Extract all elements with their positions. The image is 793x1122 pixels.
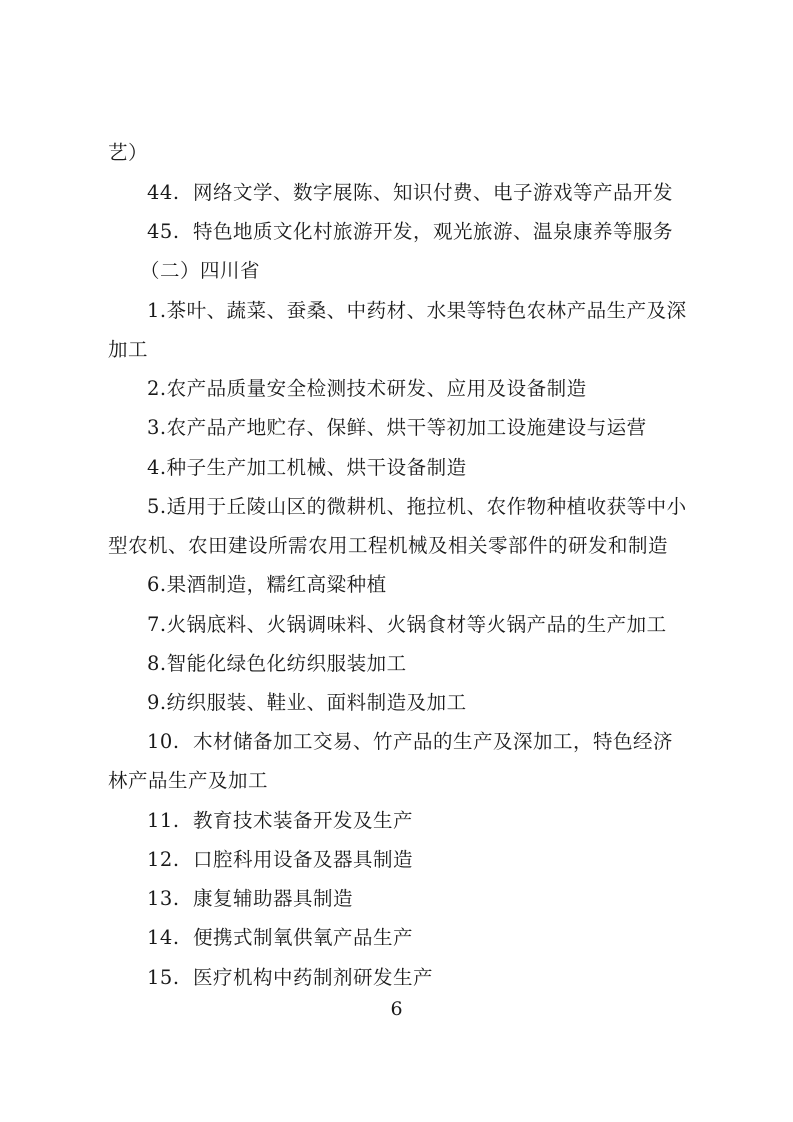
- item-text: 3.农产品产地贮存、保鲜、烘干等初加工设施建设与运营: [147, 416, 647, 439]
- item-number: 10.: [147, 729, 193, 755]
- item-text: 4.种子生产加工机械、烘干设备制造: [147, 456, 467, 479]
- item-text: 8.智能化绿色化纺织服装加工: [147, 652, 407, 675]
- heading-text: （二）四川省: [140, 259, 260, 282]
- list-item-11: 11.教育技术装备开发及生产: [147, 808, 413, 834]
- list-item-4: 4.种子生产加工机械、烘干设备制造: [147, 455, 467, 481]
- item-number: 14.: [147, 925, 193, 951]
- item-text: 康复辅助器具制造: [193, 887, 353, 910]
- item-number: 12.: [147, 847, 193, 873]
- list-item-45: 45.特色地质文化村旅游开发，观光旅游、温泉康养等服务: [147, 219, 673, 245]
- list-item-1-continued: 加工: [108, 337, 148, 363]
- item-text: 医疗机构中药制剂研发生产: [193, 966, 433, 989]
- item-text: 9.纺织服装、鞋业、面料制造及加工: [147, 691, 467, 714]
- page-number: 6: [0, 998, 793, 1020]
- list-item-6: 6.果酒制造，糯红高粱种植: [147, 572, 387, 598]
- item-text: 特色地质文化村旅游开发，观光旅游、温泉康养等服务: [193, 220, 673, 243]
- item-text: 便携式制氧供氧产品生产: [193, 926, 413, 949]
- item-text: 6.果酒制造，糯红高粱种植: [147, 573, 387, 596]
- item-text: 网络文学、数字展陈、知识付费、电子游戏等产品开发: [193, 181, 673, 204]
- list-item-2: 2.农产品质量安全检测技术研发、应用及设备制造: [147, 376, 587, 402]
- list-item-10-continued: 林产品生产及加工: [108, 768, 268, 794]
- item-text: 2.农产品质量安全检测技术研发、应用及设备制造: [147, 377, 587, 400]
- item-text: 型农机、农田建设所需农用工程机械及相关零部件的研发和制造: [108, 534, 668, 557]
- item-text: 5.适用于丘陵山区的微耕机、拖拉机、农作物种植收获等中小: [147, 495, 687, 518]
- list-item-15: 15.医疗机构中药制剂研发生产: [147, 965, 433, 991]
- item-text: 7.火锅底料、火锅调味料、火锅食材等火锅产品的生产加工: [147, 613, 667, 636]
- list-item-12: 12.口腔科用设备及器具制造: [147, 847, 413, 873]
- item-number: 45.: [147, 219, 193, 245]
- line-text: 艺）: [108, 141, 148, 164]
- list-item-3: 3.农产品产地贮存、保鲜、烘干等初加工设施建设与运营: [147, 415, 647, 441]
- item-number: 15.: [147, 965, 193, 991]
- item-text: 教育技术装备开发及生产: [193, 809, 413, 832]
- item-text: 1.茶叶、蔬菜、蚕桑、中药材、水果等特色农林产品生产及深: [147, 299, 687, 322]
- document-page: 艺） 44.网络文学、数字展陈、知识付费、电子游戏等产品开发 45.特色地质文化…: [0, 0, 793, 1122]
- list-item-13: 13.康复辅助器具制造: [147, 886, 353, 912]
- list-item-9: 9.纺织服装、鞋业、面料制造及加工: [147, 690, 467, 716]
- list-item-5: 5.适用于丘陵山区的微耕机、拖拉机、农作物种植收获等中小: [147, 494, 687, 520]
- item-text: 加工: [108, 338, 148, 361]
- list-item-8: 8.智能化绿色化纺织服装加工: [147, 651, 407, 677]
- list-item-14: 14.便携式制氧供氧产品生产: [147, 925, 413, 951]
- text-line: 艺）: [108, 140, 148, 166]
- item-text: 林产品生产及加工: [108, 769, 268, 792]
- section-heading-sichuan: （二）四川省: [140, 258, 260, 284]
- item-number: 44.: [147, 180, 193, 206]
- item-text: 木材储备加工交易、竹产品的生产及深加工，特色经济: [193, 730, 673, 753]
- item-number: 13.: [147, 886, 193, 912]
- list-item-5-continued: 型农机、农田建设所需农用工程机械及相关零部件的研发和制造: [108, 533, 668, 559]
- item-text: 口腔科用设备及器具制造: [193, 848, 413, 871]
- item-number: 11.: [147, 808, 193, 834]
- list-item-1: 1.茶叶、蔬菜、蚕桑、中药材、水果等特色农林产品生产及深: [147, 298, 687, 324]
- list-item-7: 7.火锅底料、火锅调味料、火锅食材等火锅产品的生产加工: [147, 612, 667, 638]
- list-item-10: 10.木材储备加工交易、竹产品的生产及深加工，特色经济: [147, 729, 673, 755]
- list-item-44: 44.网络文学、数字展陈、知识付费、电子游戏等产品开发: [147, 180, 673, 206]
